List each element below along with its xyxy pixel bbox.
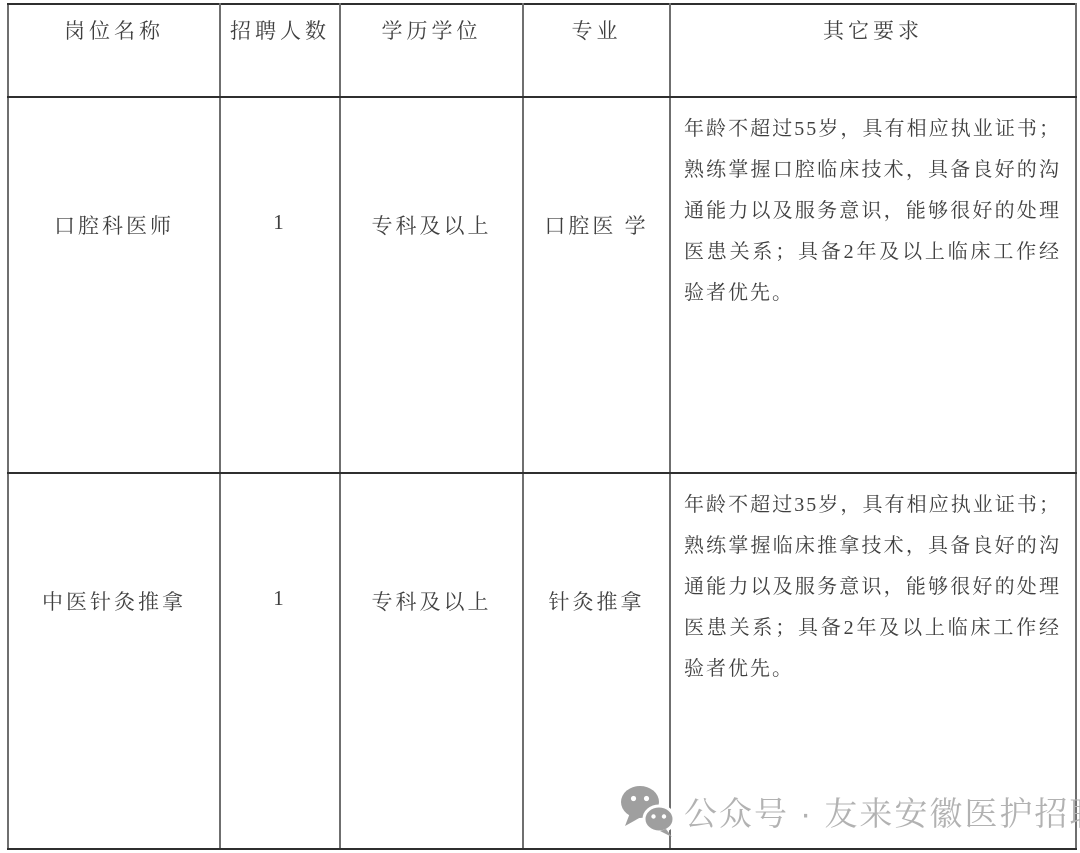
cell-requirements: 年龄不超过35岁，具有相应执业证书；熟练掌握临床推拿技术，具备良好的沟通能力以及…: [670, 473, 1076, 849]
cell-requirements: 年龄不超过55岁，具有相应执业证书；熟练掌握口腔临床技术，具备良好的沟通能力以及…: [670, 97, 1076, 473]
header-education: 学历学位: [340, 4, 523, 97]
cell-education: 专科及以上: [340, 473, 523, 849]
header-headcount: 招聘人数: [220, 4, 340, 97]
table-header-row: 岗位名称 招聘人数 学历学位 专业 其它要求: [8, 4, 1076, 97]
cell-education: 专科及以上: [340, 97, 523, 473]
cell-headcount: 1: [220, 97, 340, 473]
cell-headcount: 1: [220, 473, 340, 849]
table-row: 中医针灸推拿 1 专科及以上 针灸推拿 年龄不超过35岁，具有相应执业证书；熟练…: [8, 473, 1076, 849]
cell-major: 针灸推拿: [523, 473, 670, 849]
header-position: 岗位名称: [8, 4, 220, 97]
header-major: 专业: [523, 4, 670, 97]
cell-position: 中医针灸推拿: [8, 473, 220, 849]
recruitment-table: 岗位名称 招聘人数 学历学位 专业 其它要求 口腔科医师 1 专科及以上 口腔医…: [7, 3, 1077, 850]
cell-position: 口腔科医师: [8, 97, 220, 473]
header-other-requirements: 其它要求: [670, 4, 1076, 97]
page: 岗位名称 招聘人数 学历学位 专业 其它要求 口腔科医师 1 专科及以上 口腔医…: [0, 0, 1080, 853]
table-row: 口腔科医师 1 专科及以上 口腔医 学 年龄不超过55岁，具有相应执业证书；熟练…: [8, 97, 1076, 473]
cell-major: 口腔医 学: [523, 97, 670, 473]
